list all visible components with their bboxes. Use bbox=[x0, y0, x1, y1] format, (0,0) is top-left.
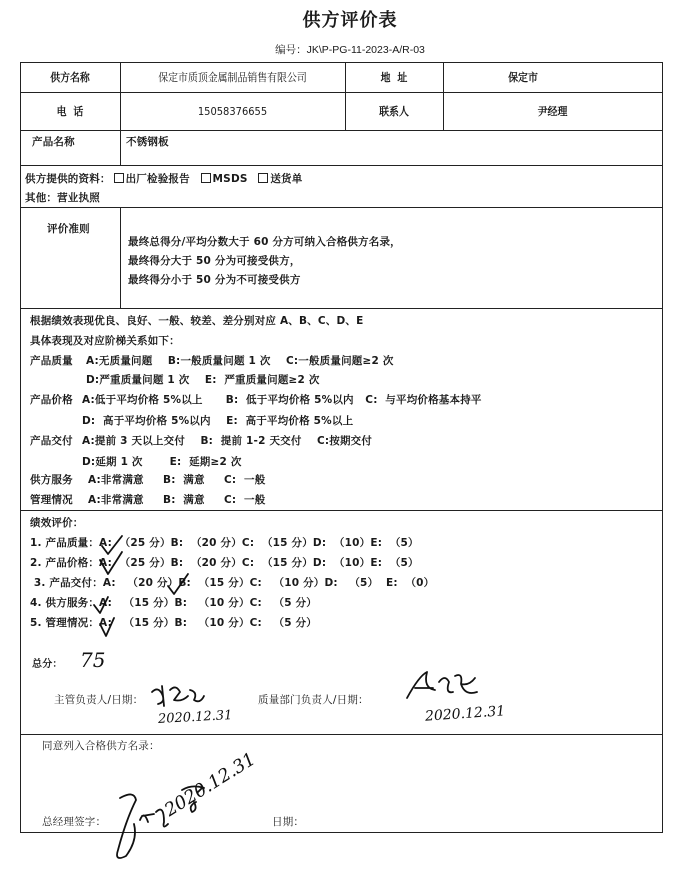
form-title: 供方评价表 bbox=[0, 6, 700, 32]
option-inspection-report: 出厂检验报告 bbox=[126, 173, 190, 185]
quality-dept-label: 质量部门负责人/日期： bbox=[258, 692, 369, 707]
materials-label: 供方提供的资料： bbox=[25, 173, 111, 185]
materials-row: 供方提供的资料：出厂检验报告 MSDS 送货单 bbox=[25, 171, 302, 186]
col-divider bbox=[120, 62, 121, 165]
grade-quality-line-1: A:无质量问题 B:一般质量问题 1 次 C:一般质量问题≥2 次 bbox=[86, 353, 394, 368]
grade-delivery-line-1: A:提前 3 天以上交付 B: 提前 1-2 天交付 C:按期交付 bbox=[82, 433, 372, 448]
supervisor-label: 主管负责人/日期： bbox=[54, 692, 143, 707]
supplier-name-value: 保定市质顶金属制品销售有限公司 bbox=[131, 62, 334, 92]
row-divider bbox=[20, 510, 663, 511]
checkbox-inspection-report[interactable] bbox=[114, 173, 124, 183]
approval-label: 同意列入合格供方名录： bbox=[42, 738, 160, 753]
phone-label: 电 话 bbox=[25, 92, 115, 130]
checkbox-msds[interactable] bbox=[201, 173, 211, 183]
doc-no-label: 编号： bbox=[275, 44, 307, 56]
grade-label-quality: 产品质量 bbox=[30, 353, 73, 368]
doc-no-value: JK\P-PG-11-2023-A/R-03 bbox=[307, 44, 425, 56]
address-value: 保定市 bbox=[451, 62, 595, 92]
eval-row-price: 2. 产品价格：A: （25 分）B: （20 分）C: （15 分）D: （1… bbox=[30, 555, 419, 570]
grade-label-management: 管理情况 bbox=[30, 492, 73, 507]
criteria-label: 评价准则 bbox=[47, 221, 90, 236]
product-name-value: 不锈钢板 bbox=[126, 134, 169, 149]
col-divider bbox=[120, 207, 121, 308]
col-divider bbox=[345, 62, 346, 130]
supplier-name-label: 供方名称 bbox=[25, 62, 115, 92]
col-divider bbox=[443, 62, 444, 130]
grade-price-line-1: A:低于平均价格 5%以上 B: 低于平均价格 5%以内 C: 与平均价格基本持… bbox=[82, 392, 482, 407]
grade-service-line-1: A:非常满意 B: 满意 C: 一般 bbox=[88, 472, 265, 487]
checkmark-icon bbox=[98, 614, 128, 640]
row-divider bbox=[20, 207, 663, 208]
grade-delivery-line-2: D:延期 1 次 E: 延期≥2 次 bbox=[82, 454, 242, 469]
address-label: 地 址 bbox=[350, 62, 438, 92]
grade-management-line-1: A:非常满意 B: 满意 C: 一般 bbox=[88, 492, 265, 507]
eval-row-quality: 1. 产品质量：A: （25 分）B: （20 分）C: （15 分）D: （1… bbox=[30, 535, 419, 550]
other-materials: 其他：营业执照 bbox=[25, 190, 100, 205]
criteria-line-1: 最终总得分/平均分数大于 60 分方可纳入合格供方名录， bbox=[128, 234, 401, 249]
criteria-line-2: 最终得分大于 50 分为可接受供方， bbox=[128, 253, 301, 268]
document-number: 编号：JK\P-PG-11-2023-A/R-03 bbox=[0, 42, 700, 57]
evaluation-label: 绩效评价： bbox=[30, 515, 84, 530]
checkmark-icon bbox=[166, 572, 196, 598]
checkbox-delivery-note[interactable] bbox=[258, 173, 268, 183]
grade-price-line-2: D: 高于平均价格 5%以内 E: 高于平均价格 5%以上 bbox=[82, 413, 353, 428]
other-label: 其他： bbox=[25, 192, 57, 204]
grade-label-service: 供方服务 bbox=[30, 472, 73, 487]
quality-dept-signature bbox=[405, 668, 485, 708]
row-divider bbox=[20, 130, 663, 131]
grade-label-delivery: 产品交付 bbox=[30, 433, 73, 448]
eval-row-delivery: 3. 产品交付：A: （20 分）B: （15 分）C: （10 分）D: （5… bbox=[30, 575, 434, 590]
supervisor-signature bbox=[148, 682, 208, 708]
row-divider bbox=[20, 308, 663, 309]
option-msds: MSDS bbox=[213, 173, 248, 185]
product-name-label: 产品名称 bbox=[32, 134, 75, 149]
gm-date-label: 日期： bbox=[272, 814, 304, 829]
grading-intro: 根据绩效表现优良、良好、一般、较差、差分别对应 A、B、C、D、E bbox=[30, 313, 363, 328]
contact-label: 联系人 bbox=[350, 92, 438, 130]
grade-label-price: 产品价格 bbox=[30, 392, 73, 407]
row-divider bbox=[20, 734, 663, 735]
other-value: 营业执照 bbox=[57, 192, 100, 204]
checkmark-icon bbox=[98, 552, 128, 578]
total-label: 总分： bbox=[32, 655, 63, 670]
row-divider bbox=[20, 165, 663, 166]
grade-quality-line-2: D:严重质量问题 1 次 E: 严重质量问题≥2 次 bbox=[86, 372, 320, 387]
grading-subtitle: 具体表现及对应阶梯关系如下： bbox=[30, 333, 180, 348]
criteria-line-3: 最终得分小于 50 分为不可接受供方 bbox=[128, 272, 301, 287]
option-delivery-note: 送货单 bbox=[270, 173, 302, 185]
contact-value: 尹经理 bbox=[454, 92, 651, 130]
eval-row-management: 5. 管理情况：A: （15 分）B: （10 分）C: （5 分） bbox=[30, 615, 317, 630]
gm-signature-label: 总经理签字： bbox=[42, 814, 106, 829]
phone-value: 15058376655 bbox=[131, 92, 334, 130]
total-score: 75 bbox=[80, 648, 105, 672]
